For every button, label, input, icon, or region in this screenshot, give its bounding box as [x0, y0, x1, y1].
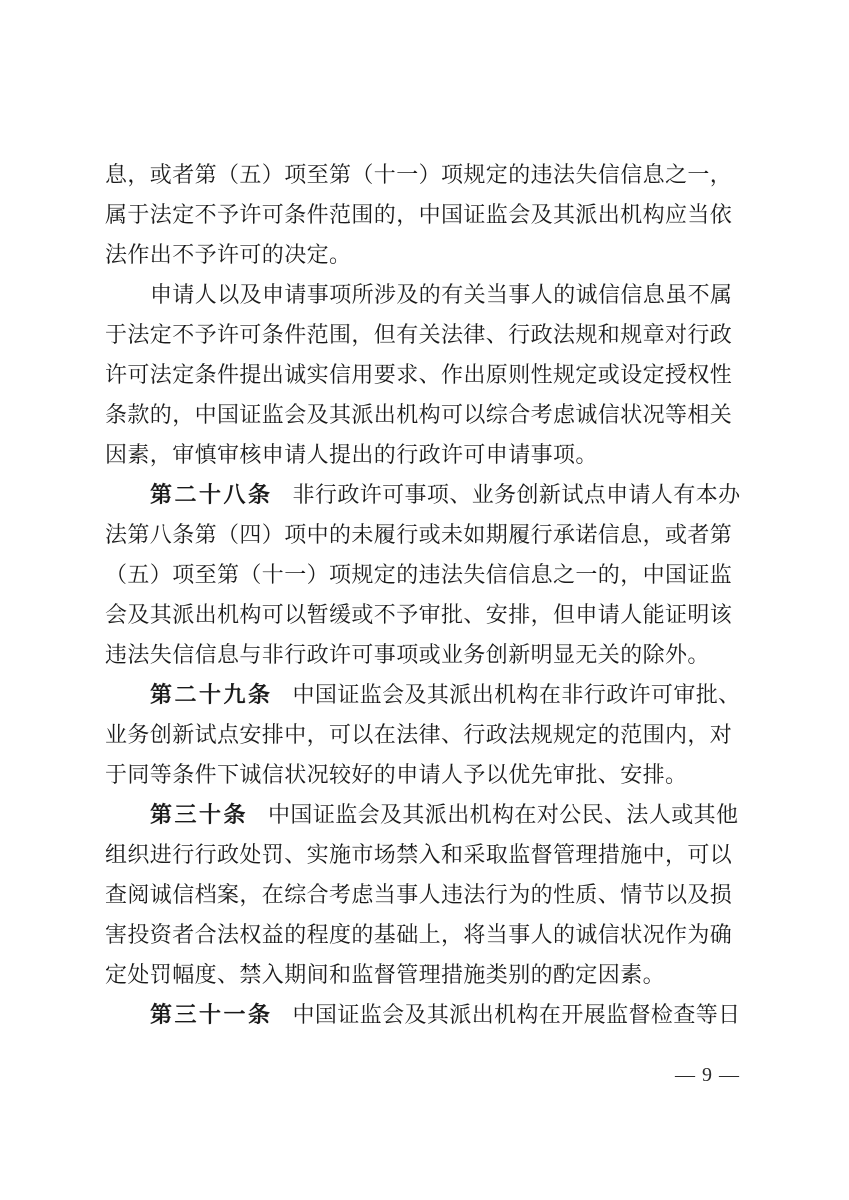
paragraph-line: 第二十九条中国证监会及其派出机构在非行政许可审批、 [105, 675, 785, 715]
line-text: 会及其派出机构可以暂缓或不予审批、安排，但申请人能证明该 [105, 602, 732, 627]
paragraph-line: 许可法定条件提出诚实信用要求、作出原则性规定或设定授权性 [105, 355, 785, 395]
paragraph-line: 业务创新试点安排中，可以在法律、行政法规规定的范围内，对 [105, 715, 785, 755]
paragraph-line: 第二十八条非行政许可事项、业务创新试点申请人有本办 [105, 475, 785, 515]
line-text: 中国证监会及其派出机构在非行政许可审批、 [293, 682, 741, 707]
paragraph-line: 息，或者第（五）项至第（十一）项规定的违法失信信息之一， [105, 155, 785, 195]
line-text: 属于法定不予许可条件范围的，中国证监会及其派出机构应当依 [105, 202, 732, 227]
line-text: 申请人以及申请事项所涉及的有关当事人的诚信信息虽不属 [150, 282, 732, 307]
paragraph-line: 第三十一条中国证监会及其派出机构在开展监督检查等日 [105, 995, 785, 1035]
line-text: 非行政许可事项、业务创新试点申请人有本办 [293, 482, 741, 507]
line-text: 中国证监会及其派出机构在开展监督检查等日 [293, 1002, 741, 1027]
paragraph-line: 法作出不予许可的决定。 [105, 235, 785, 275]
article-number: 第三十一条 [150, 1002, 273, 1027]
page-number: — 9 — [655, 1060, 760, 1090]
line-text: 业务创新试点安排中，可以在法律、行政法规规定的范围内，对 [105, 722, 732, 747]
line-text: 查阅诚信档案，在综合考虑当事人违法行为的性质、情节以及损 [105, 882, 732, 907]
paragraph-line: 害投资者合法权益的程度的基础上，将当事人的诚信状况作为确 [105, 915, 785, 955]
paragraph-line: 会及其派出机构可以暂缓或不予审批、安排，但申请人能证明该 [105, 595, 785, 635]
paragraph-line: 查阅诚信档案，在综合考虑当事人违法行为的性质、情节以及损 [105, 875, 785, 915]
paragraph-line: 申请人以及申请事项所涉及的有关当事人的诚信信息虽不属 [105, 275, 785, 315]
document-body: 息，或者第（五）项至第（十一）项规定的违法失信信息之一， 属于法定不予许可条件范… [105, 155, 785, 1035]
article-number: 第二十八条 [150, 482, 273, 507]
line-text: 法第八条第（四）项中的未履行或未如期履行承诺信息，或者第 [105, 522, 732, 547]
paragraph-line: 第三十条中国证监会及其派出机构在对公民、法人或其他 [105, 795, 785, 835]
paragraph-line: 属于法定不予许可条件范围的，中国证监会及其派出机构应当依 [105, 195, 785, 235]
article-number: 第三十条 [150, 802, 248, 827]
line-text: 于法定不予许可条件范围，但有关法律、行政法规和规章对行政 [105, 322, 732, 347]
line-text: 许可法定条件提出诚实信用要求、作出原则性规定或设定授权性 [105, 362, 732, 387]
line-text: 息，或者第（五）项至第（十一）项规定的违法失信信息之一， [105, 162, 732, 187]
paragraph-line: （五）项至第（十一）项规定的违法失信信息之一的，中国证监 [105, 555, 785, 595]
paragraph-line: 法第八条第（四）项中的未履行或未如期履行承诺信息，或者第 [105, 515, 785, 555]
line-text: 违法失信信息与非行政许可事项或业务创新明显无关的除外。 [105, 642, 710, 667]
article-number: 第二十九条 [150, 682, 273, 707]
paragraph-line: 组织进行行政处罚、实施市场禁入和采取监督管理措施中，可以 [105, 835, 785, 875]
paragraph-line: 违法失信信息与非行政许可事项或业务创新明显无关的除外。 [105, 635, 785, 675]
paragraph-line: 条款的，中国证监会及其派出机构可以综合考虑诚信状况等相关 [105, 395, 785, 435]
paragraph-line: 定处罚幅度、禁入期间和监督管理措施类别的酌定因素。 [105, 955, 785, 995]
paragraph-line: 因素，审慎审核申请人提出的行政许可申请事项。 [105, 435, 785, 475]
line-text: （五）项至第（十一）项规定的违法失信信息之一的，中国证监 [105, 562, 732, 587]
paragraph-line: 于法定不予许可条件范围，但有关法律、行政法规和规章对行政 [105, 315, 785, 355]
line-text: 害投资者合法权益的程度的基础上，将当事人的诚信状况作为确 [105, 922, 732, 947]
line-text: 于同等条件下诚信状况较好的申请人予以优先审批、安排。 [105, 762, 687, 787]
line-text: 定处罚幅度、禁入期间和监督管理措施类别的酌定因素。 [105, 962, 665, 987]
document-page: { "page": { "background": "#ffffff", "te… [0, 0, 849, 1200]
line-text: 中国证监会及其派出机构在对公民、法人或其他 [268, 802, 738, 827]
line-text: 条款的，中国证监会及其派出机构可以综合考虑诚信状况等相关 [105, 402, 732, 427]
line-text: 因素，审慎审核申请人提出的行政许可申请事项。 [105, 442, 598, 467]
line-text: 组织进行行政处罚、实施市场禁入和采取监督管理措施中，可以 [105, 842, 732, 867]
paragraph-line: 于同等条件下诚信状况较好的申请人予以优先审批、安排。 [105, 755, 785, 795]
line-text: 法作出不予许可的决定。 [105, 242, 351, 267]
